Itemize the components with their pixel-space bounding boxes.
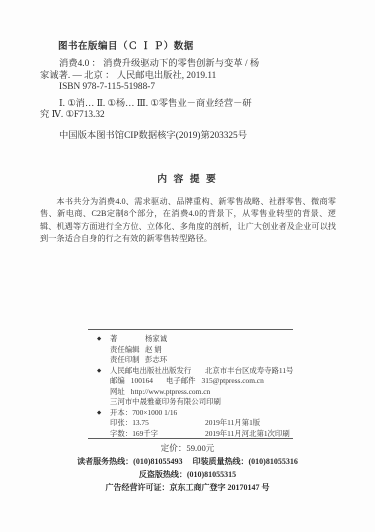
email-label: 电子邮件 [166, 376, 196, 385]
summary-heading: 内 容 提 要 [0, 171, 375, 185]
ad-license-line: 广告经营许可证：京东工商广登字 20170147 号 [0, 482, 375, 493]
price-line: 定价：59.00元 [0, 442, 375, 454]
edition-info: 2019年11月第1版 [205, 418, 260, 429]
diamond-bullet-icon: ◆ [97, 334, 101, 345]
website-value: http://www.ptpress.com.cn [131, 387, 210, 396]
colophon-block: ◆ 著 杨家诚 责任编辑 赵 娟 责任印制 彭志环 ◆ 人民邮电出版社出版发行 … [88, 329, 293, 439]
copyright-page: 图书在版编目（Ｃ Ｉ Ｐ）数据 消费4.0 ： 消费升级驱动下的零售创新与变革 … [0, 0, 375, 532]
website-line: 网址http://www.ptpress.com.cn [110, 387, 210, 398]
cip-record-line: 消费4.0 ： 消费升级驱动下的零售创新与变革 / 杨 [40, 59, 350, 71]
format-value: 700×1000 1/16 [132, 408, 177, 417]
colophon-row-publisher: ◆ 人民邮电出版社出版发行 北京市丰台区成寿寺路11号 [88, 366, 293, 377]
colophon-row-sheets: 印张：13.75 2019年11月第1版 [88, 418, 293, 429]
cip-record-line: 家诚著. — 北京 ： 人民邮电出版社, 2019.11 [40, 71, 350, 83]
colophon-row-print-editor: 责任印制 彭志环 [88, 355, 293, 366]
colophon-row-format: ◆ 开本：700×1000 1/16 [88, 408, 293, 419]
cip-record: 消费4.0 ： 消费升级驱动下的零售创新与变革 / 杨 家诚著. — 北京 ： … [40, 59, 350, 94]
website-label: 网址 [110, 387, 125, 396]
words-value: 169千字 [132, 429, 158, 438]
format-label: 开本： [110, 408, 132, 417]
postcode-label: 邮编 [110, 376, 125, 385]
sheets-label: 印张： [110, 418, 132, 427]
colophon-row-words: 字数：169千字 2019年11月河北第1次印刷 [88, 429, 293, 440]
print-quality-hotline: 印装质量热线：(010)81055316 [193, 457, 298, 466]
cip-classification: Ⅰ. ①消… Ⅱ. ①杨… Ⅲ. ①零售业－商业经营－研 究 Ⅳ. ①F713.… [40, 99, 350, 122]
colophon-row-print-company: 三河市中晟雅豪印务有限公司印刷 [88, 397, 293, 408]
words-label: 字数： [110, 429, 132, 438]
colophon-row-editor: 责任编辑 赵 娟 [88, 345, 293, 356]
cip-record-number: 中国版本图书馆CIP数据核字(2019)第203325号 [59, 127, 247, 141]
author-value: 杨家诚 [145, 334, 167, 345]
hotline-row-1: 读者服务热线：(010)81055493印装质量热线：(010)81055316 [0, 456, 375, 467]
editor-value: 赵 娟 [145, 345, 162, 356]
cip-isbn: ISBN 978-7-115-51988-7 [40, 82, 350, 94]
anti-piracy-hotline: 反盗版热线：(010)81055315 [0, 469, 375, 480]
colophon-row-contact: 邮编100164电子邮件315@ptpress.com.cn [88, 376, 293, 387]
sheets-line: 印张：13.75 [110, 418, 149, 429]
impression-info: 2019年11月河北第1次印刷 [205, 429, 290, 440]
publisher-address: 北京市丰台区成寿寺路11号 [205, 366, 293, 377]
publisher-name: 人民邮电出版社出版发行 [110, 366, 191, 377]
diamond-bullet-icon: ◆ [97, 366, 101, 377]
colophon-row-author: ◆ 著 杨家诚 [88, 334, 293, 345]
reader-service-hotline: 读者服务热线：(010)81055493 [77, 457, 182, 466]
words-line: 字数：169千字 [110, 429, 158, 440]
print-company: 三河市中晟雅豪印务有限公司印刷 [110, 397, 221, 408]
author-label: 著 [110, 334, 117, 345]
format-line: 开本：700×1000 1/16 [110, 408, 177, 419]
colophon-row-website: 网址http://www.ptpress.com.cn [88, 387, 293, 398]
email-value: 315@ptpress.com.cn [202, 376, 264, 385]
sheets-value: 13.75 [132, 418, 149, 427]
editor-label: 责任编辑 [110, 345, 140, 356]
cip-classification-line: 究 Ⅳ. ①F713.32 [40, 110, 350, 121]
cip-heading: 图书在版编目（Ｃ Ｉ Ｐ）数据 [58, 38, 194, 52]
summary-body: 本书共分为消费4.0、需求驱动、品牌重构、新零售战略、社群零售、微商零售、新电商… [40, 196, 336, 246]
cip-classification-line: Ⅰ. ①消… Ⅱ. ①杨… Ⅲ. ①零售业－商业经营－研 [40, 99, 350, 110]
contact-line: 邮编100164电子邮件315@ptpress.com.cn [110, 376, 264, 387]
print-editor-label: 责任印制 [110, 355, 140, 366]
diamond-bullet-icon: ◆ [97, 408, 101, 419]
print-editor-value: 彭志环 [145, 355, 167, 366]
postcode-value: 100164 [131, 376, 153, 385]
